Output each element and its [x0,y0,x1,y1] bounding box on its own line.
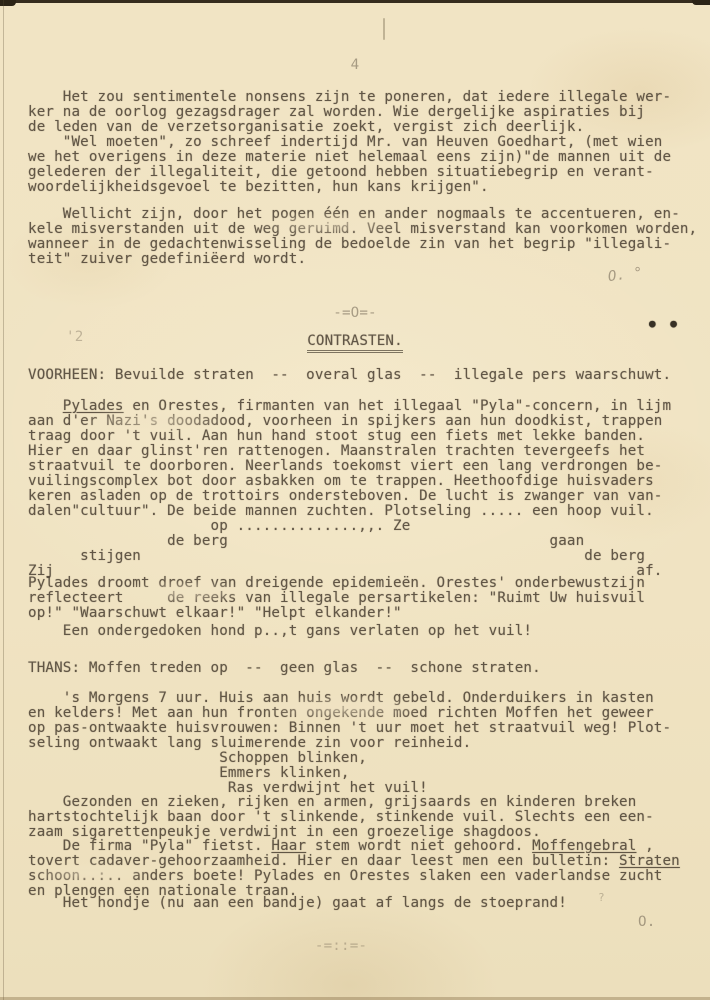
scan-edge-left [3,0,4,1000]
thans-paragraph-1: 's Morgens 7 uur. Huis aan huis wordt ge… [28,691,706,751]
paragraph-indent [28,398,63,414]
voorheen-heading: VOORHEEN: Bevuilde straten -- overal gla… [28,368,706,383]
intro-paragraph-1: Het zou sentimentele nonsens zijn te pon… [28,90,706,135]
underlined-word-pylades: Pylades [63,398,124,414]
title-text: CONTRASTEN. [307,333,403,353]
page-number: 4 [0,58,710,73]
voorheen-paragraph-text: en Orestes, firmanten van het illegaal "… [28,398,671,519]
document-page: 4 Het zou sentimentele nonsens zijn te p… [0,0,710,1000]
voorheen-paragraph: Pylades en Orestes, firmanten van het il… [28,399,706,519]
underlined-word-straten: Straten [619,853,680,869]
thans-heading: THANS: Moffen treden op -- geen glas -- … [28,661,706,676]
verse-block: Schoppen blinken, Emmers klinken, Ras ve… [28,751,706,796]
pencil-note-top: O. ° [607,266,643,285]
paper-crease-mark [383,18,385,40]
firma-mid1: stem wordt niet gehoord. [306,838,532,854]
document-title: CONTRASTEN. [0,334,710,349]
section-divider-bottom: -=::=- [0,939,696,954]
section-divider-top: -=O=- [0,306,710,321]
dog-line-voorheen: Een ondergedoken hond p..,t gans verlate… [28,624,706,639]
staircase-wordplay: op ..............,,. Ze de berg gaan sti… [28,519,706,579]
thans-paragraph-2: Gezonden en zieken, rijken en armen, gri… [28,795,706,840]
intro-paragraph-3: Wellicht zijn, door het pogen één en and… [28,207,706,267]
scan-corner-top-right [692,0,710,5]
faint-question-mark: ? [598,890,605,905]
scan-edge-top [0,0,710,3]
author-signature: O. [638,915,655,930]
underlined-word-haar: Haar [271,838,306,854]
underlined-word-moffengebral: Moffengebral [532,838,636,854]
ink-blot-icon: ● ● [649,316,681,331]
firma-lead: De firma "Pyla" fietst. [28,838,271,854]
intro-paragraph-2: "Wel moeten", zo schreef indertijd Mr. v… [28,135,706,195]
dream-paragraph: Pylades droomt droef van dreigende epide… [28,576,706,621]
